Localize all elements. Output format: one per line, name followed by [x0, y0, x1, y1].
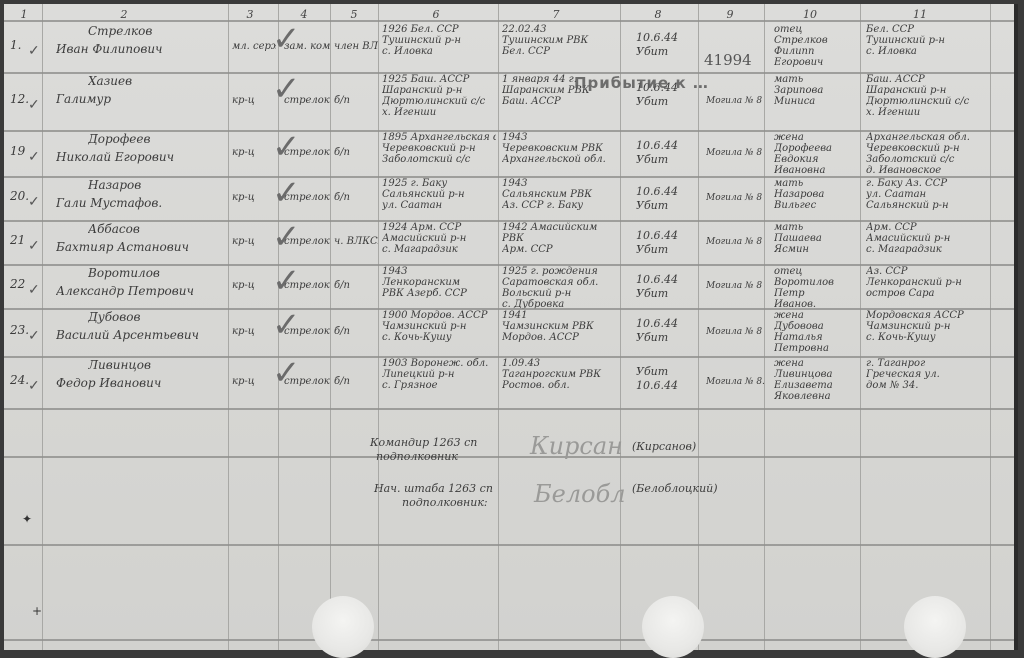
surname: Стрелков [88, 24, 152, 38]
fate: Убит [636, 154, 668, 166]
fate: 10.6.44 [636, 230, 678, 242]
punch-hole [904, 596, 966, 652]
punch-hole [642, 596, 704, 652]
column-rule [990, 4, 991, 650]
header-rule [4, 20, 1014, 22]
burial-place: Могила № 8 [706, 280, 762, 292]
check-mark-icon: ✓ [28, 238, 40, 254]
birth-place: ул. Саатан [382, 200, 496, 212]
party-membership: б/п [334, 95, 378, 107]
check-mark-icon: ✓ [28, 149, 40, 165]
next-of-kin: Егорович [774, 57, 860, 69]
given-names: Галимур [56, 92, 111, 106]
fate: Убит [636, 46, 668, 58]
given-names: Федор Иванович [56, 376, 161, 390]
margin-mark: ✦ [22, 512, 32, 526]
fate: Убит [636, 96, 668, 108]
fate: Убит [636, 332, 668, 344]
fate: Убит [636, 366, 668, 378]
row-rule [4, 456, 1014, 458]
next-of-kin: Петровна [774, 343, 860, 355]
burial-place: Могила № 8 [706, 95, 762, 107]
party-membership: б/п [334, 147, 378, 159]
chief-of-staff-rank: подполковник: [402, 496, 488, 509]
large-check-mark-icon: ✓ [272, 24, 301, 54]
birth-place: Заболотский с/с [382, 154, 496, 166]
given-names: Александр Петрович [56, 284, 194, 298]
large-check-mark-icon: ✓ [272, 132, 301, 162]
punch-hole [312, 596, 374, 652]
column-rule [764, 4, 765, 650]
party-membership: член ВЛКСМ [334, 41, 378, 53]
relative-address: с. Иловка [866, 46, 988, 58]
rank: кр-ц [232, 376, 276, 388]
draft-info: Арм. ССР [502, 244, 618, 256]
rank: кр-ц [232, 95, 276, 107]
row-rule [4, 639, 1014, 641]
row-number: 19 [10, 145, 25, 157]
burial-place: Могила № 8 [706, 236, 762, 248]
commander-rank: подполковник [376, 450, 458, 463]
column-rule [698, 4, 699, 650]
given-names: Николай Егорович [56, 150, 174, 164]
fate: 10.6.44 [636, 140, 678, 152]
next-of-kin: Вильгес [774, 200, 860, 212]
row-number: 12. [10, 93, 29, 105]
rank: кр-ц [232, 236, 276, 248]
commander-name: (Кирсанов) [632, 440, 696, 453]
margin-mark: + [32, 604, 42, 618]
fate: 10.6.44 [636, 380, 678, 392]
birth-place: с. Грязное [382, 380, 496, 392]
large-check-mark-icon: ✓ [272, 266, 301, 296]
column-rule [498, 4, 499, 650]
column-rule [378, 4, 379, 650]
rank: мл. серж. [232, 41, 276, 53]
fate: 10.6.44 [636, 318, 678, 330]
check-mark-icon: ✓ [28, 194, 40, 210]
row-number: 24. [10, 374, 29, 386]
burial-place: Могила № 8 [706, 147, 762, 159]
column-rule [228, 4, 229, 650]
row-number: 1. [10, 39, 21, 51]
check-mark-icon: ✓ [28, 328, 40, 344]
next-of-kin: Миниса [774, 96, 860, 108]
check-mark-icon: ✓ [28, 97, 40, 113]
next-of-kin: Ясмин [774, 244, 860, 256]
draft-info: Бел. ССР [502, 46, 618, 58]
arrival-stamp: Прибытие к … [574, 74, 709, 92]
stamp-number: 41994 [704, 54, 752, 66]
surname: Воротилов [88, 266, 160, 280]
relative-address: х. Игенши [866, 107, 988, 119]
row-rule [4, 408, 1014, 410]
birth-place: с. Магарадзик [382, 244, 496, 256]
draft-info: Ростов. обл. [502, 380, 618, 392]
fate: Убит [636, 288, 668, 300]
party-membership: б/п [334, 280, 378, 292]
fate: Убит [636, 200, 668, 212]
relative-address: остров Сара [866, 288, 988, 300]
large-check-mark-icon: ✓ [272, 358, 301, 388]
draft-info: Мордов. АССР [502, 332, 618, 344]
surname: Назаров [88, 178, 141, 192]
row-number: 21 [10, 234, 25, 246]
burial-place: Могила № 8. [706, 376, 765, 388]
row-rule [4, 544, 1014, 546]
given-names: Иван Филипович [56, 42, 163, 56]
column-rule [860, 4, 861, 650]
surname: Дорофеев [88, 132, 150, 146]
next-of-kin: Яковлевна [774, 391, 860, 403]
large-check-mark-icon: ✓ [272, 310, 301, 340]
rank: кр-ц [232, 147, 276, 159]
rank: кр-ц [232, 326, 276, 338]
large-check-mark-icon: ✓ [272, 178, 301, 208]
check-mark-icon: ✓ [28, 282, 40, 298]
fate: 10.6.44 [636, 274, 678, 286]
party-membership: б/п [334, 326, 378, 338]
burial-place: Могила № 8 [706, 192, 762, 204]
relative-address: Сальянский р-н [866, 200, 988, 212]
surname: Хазиев [88, 74, 132, 88]
given-names: Василий Арсентьевич [56, 328, 199, 342]
column-rule [42, 4, 43, 650]
draft-info: Баш. АССР [502, 96, 618, 108]
draft-info: Архангельской обл. [502, 154, 618, 166]
column-rule [620, 4, 621, 650]
fate: 10.6.44 [636, 186, 678, 198]
party-membership: ч. ВЛКСМ [334, 236, 378, 248]
check-mark-icon: ✓ [28, 378, 40, 394]
party-membership: б/п [334, 376, 378, 388]
relative-address: с. Кочь-Кушу [866, 332, 988, 344]
large-check-mark-icon: ✓ [272, 74, 301, 104]
surname: Аббасов [88, 222, 140, 236]
large-check-mark-icon: ✓ [272, 222, 301, 252]
fate: Убит [636, 244, 668, 256]
chief-of-staff-signature: Белобл [534, 480, 626, 508]
surname: Ливинцов [88, 358, 151, 372]
row-number: 20. [10, 190, 29, 202]
row-number: 23. [10, 324, 29, 336]
commander-title: Командир 1263 сп [370, 436, 477, 449]
birth-place: х. Игенши [382, 107, 496, 119]
birth-place: с. Кочь-Кушу [382, 332, 496, 344]
chief-of-staff-name: (Белоблоцкий) [632, 482, 718, 495]
draft-info: Аз. ССР г. Баку [502, 200, 618, 212]
document-sheet: 1234567891011 1.✓СтрелковИван Филиповичм… [4, 4, 1018, 650]
party-membership: б/п [334, 192, 378, 204]
column-rule [330, 4, 331, 650]
relative-address: с. Магарадзик [866, 244, 988, 256]
given-names: Гали Мустафов. [56, 196, 162, 210]
fate: 10.6.44 [636, 32, 678, 44]
burial-place: Могила № 8 [706, 326, 762, 338]
rank: кр-ц [232, 280, 276, 292]
row-number: 22 [10, 278, 25, 290]
birth-place: РВК Азерб. ССР [382, 288, 496, 300]
birth-place: с. Иловка [382, 46, 496, 58]
surname: Дубовов [88, 310, 140, 324]
chief-of-staff-title: Нач. штаба 1263 сп [374, 482, 493, 495]
relative-address: дом № 34. [866, 380, 988, 392]
rank: кр-ц [232, 192, 276, 204]
check-mark-icon: ✓ [28, 43, 40, 59]
given-names: Бахтияр Астанович [56, 240, 189, 254]
commander-signature: Кирсан [530, 432, 623, 460]
